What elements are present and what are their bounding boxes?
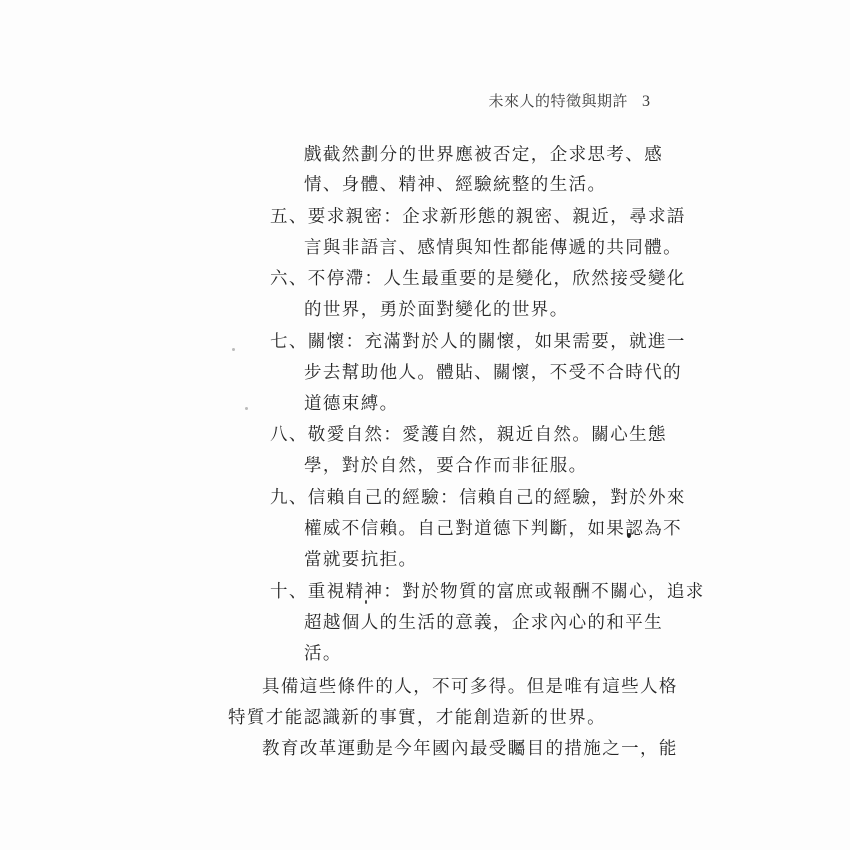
text-line: 的世界，勇於面對變化的世界。: [304, 297, 569, 323]
text-line: 當就要抗拒。: [304, 547, 417, 573]
scan-speck: [245, 407, 248, 410]
text-line: 十、重視精神：對於物質的富庶或報酬不關心，追求: [270, 579, 705, 605]
text-line: 戲截然劃分的世界應被否定，企求思考、感: [304, 142, 663, 168]
text-line: 九、信賴自己的經驗：信賴自己的經驗，對於外來: [270, 485, 686, 511]
text-line: 八、敬愛自然：愛護自然，親近自然。關心生態: [270, 422, 667, 448]
text-line: 學，對於自然，要合作而非征服。: [304, 453, 588, 479]
text-line: 具備這些條件的人，不可多得。但是唯有這些人格: [262, 674, 678, 700]
text-line: 超越個人的生活的意義，企求內心的和平生: [304, 610, 663, 636]
scan-speck: [232, 348, 235, 351]
text-line: 教育改革運動是今年國內最受矚目的措施之一，能: [262, 736, 678, 762]
page-number: 3: [642, 93, 650, 110]
scan-speck: [365, 600, 367, 604]
text-line: 六、不停滯：人生最重要的是變化，欣然接受變化: [270, 266, 686, 292]
running-header: 未來人的特徵與期許3: [440, 90, 650, 114]
scan-speck: [627, 533, 631, 538]
text-line: 權威不信賴。自己對道德下判斷，如果認為不: [304, 516, 682, 542]
text-line: 特質才能認識新的事實，才能創造新的世界。: [228, 705, 606, 731]
text-line: 活。: [304, 641, 342, 667]
chapter-title: 未來人的特徵與期許: [488, 92, 628, 110]
book-page: 未來人的特徵與期許3 戲截然劃分的世界應被否定，企求思考、感情、身體、精神、經驗…: [0, 0, 850, 850]
text-line: 五、要求親密：企求新形態的親密、親近，尋求語: [270, 204, 686, 230]
text-line: 步去幫助他人。體貼、關懷，不受不合時代的: [304, 360, 682, 386]
text-line: 言與非語言、感情與知性都能傳遞的共同體。: [304, 235, 682, 261]
text-line: 七、關懷：充滿對於人的關懷，如果需要，就進一: [270, 329, 686, 355]
text-line: 情、身體、精神、經驗統整的生活。: [304, 172, 606, 198]
text-line: 道德束縛。: [304, 391, 399, 417]
